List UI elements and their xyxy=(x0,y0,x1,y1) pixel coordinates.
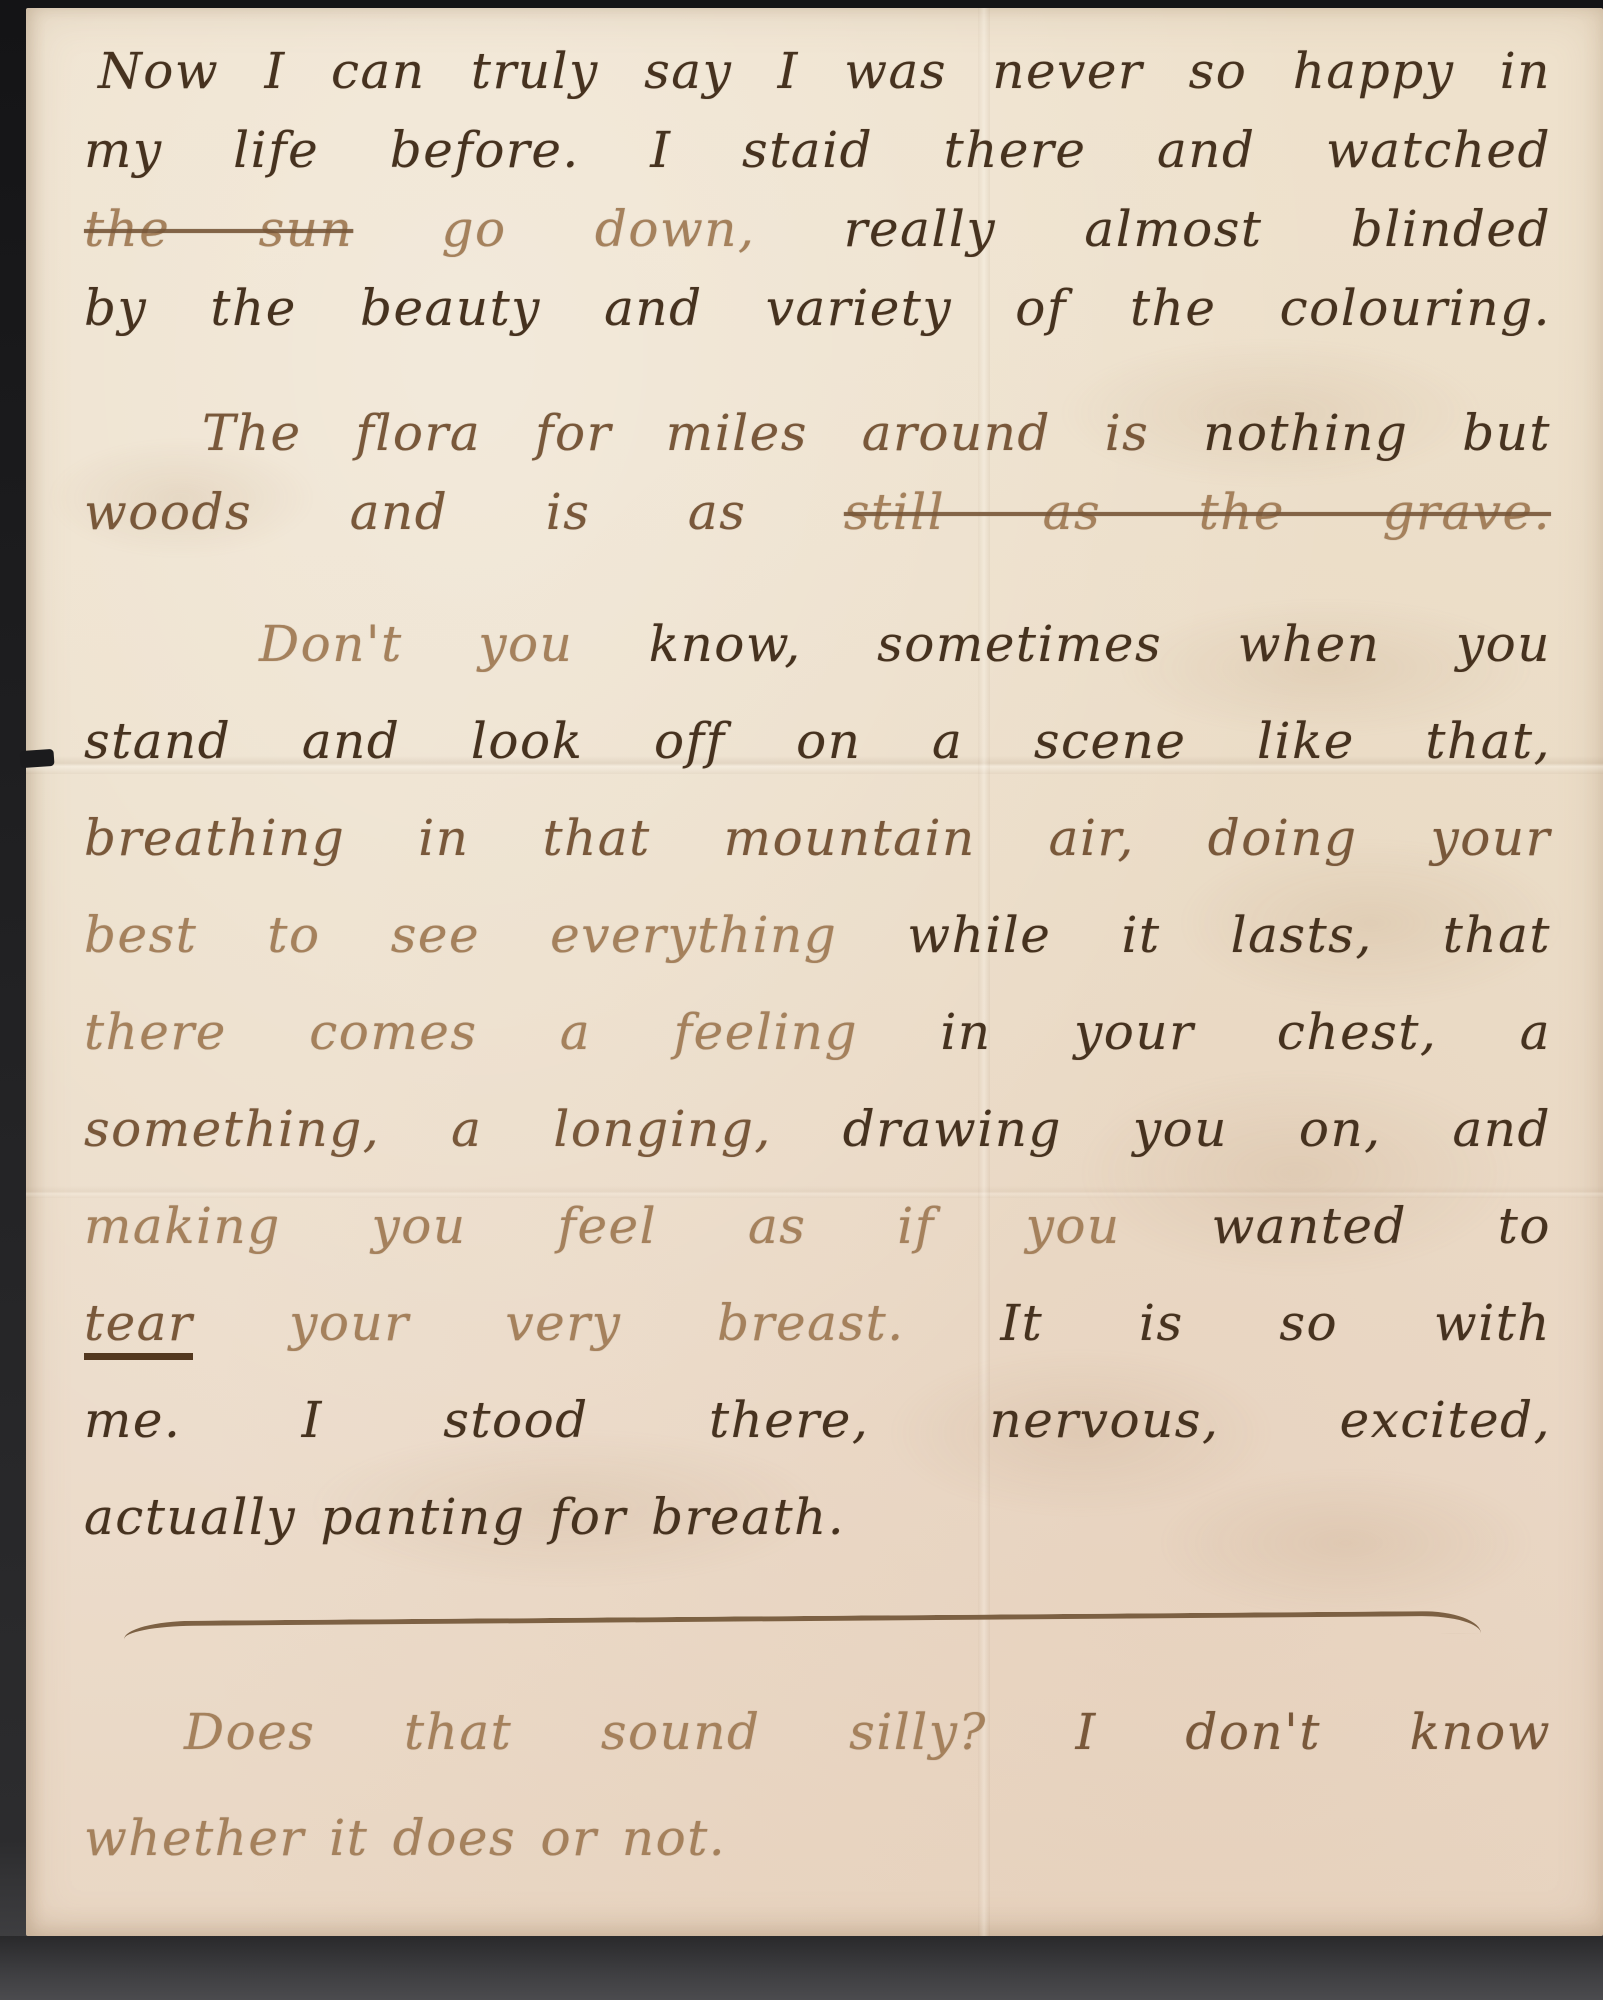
letter-text-segment: wanted to xyxy=(1211,1197,1551,1255)
letter-text-segment: best to see everything xyxy=(84,906,907,964)
letter-text-segment: the sun xyxy=(84,200,353,258)
letter-line: something, a longing, drawing you on, an… xyxy=(84,1081,1551,1178)
letter-text-segment: in your chest, a xyxy=(940,1003,1551,1061)
letter-text-segment: go down, xyxy=(353,200,843,258)
letter-text-segment: there comes a feeling xyxy=(84,1003,940,1061)
hand-drawn-divider xyxy=(124,1611,1481,1645)
letter-paragraph: Now I can truly say I was never so happy… xyxy=(84,32,1551,348)
letter-line: the sun go down, really almost blinded xyxy=(84,190,1551,269)
letter-line: actually panting for breath. xyxy=(84,1469,1551,1566)
letter-text-segment: Don't you xyxy=(259,615,649,673)
letter-text-segment: Now I can truly say I was never so happy… xyxy=(98,42,1551,100)
letter-text-segment: really almost blinded xyxy=(844,200,1551,258)
letter-text-segment: me. I stood there, nervous, excited, xyxy=(84,1391,1551,1449)
letter-paragraph: Does that sound silly? I don't knowwheth… xyxy=(84,1679,1551,1891)
letter-paragraph: Don't you know, sometimes when youstand … xyxy=(84,596,1551,1566)
letter-text-segment: while it lasts, that xyxy=(907,906,1551,964)
letter-line: best to see everything while it lasts, t… xyxy=(84,887,1551,984)
letter-line: breathing in that mountain air, doing yo… xyxy=(84,790,1551,887)
letter-line: there comes a feeling in your chest, a xyxy=(84,984,1551,1081)
letter-line: whether it does or not. xyxy=(84,1785,1551,1891)
letter-text-segment: Does that sound silly? xyxy=(184,1703,1075,1761)
letter-text-segment: woods and is as xyxy=(84,483,844,541)
letter-text-segment: your very breast. xyxy=(193,1294,1000,1352)
letter-text-segment: nothing but xyxy=(1203,404,1551,462)
letter-line: Does that sound silly? I don't know xyxy=(84,1679,1551,1785)
letter-line: Now I can truly say I was never so happy… xyxy=(84,32,1551,111)
letter-line: me. I stood there, nervous, excited, xyxy=(84,1372,1551,1469)
letter-body: Now I can truly say I was never so happy… xyxy=(84,32,1551,1891)
letter-text-segment: by the beauty and variety of the colouri… xyxy=(84,279,1551,337)
letter-text-segment: something, a longing, xyxy=(84,1100,843,1158)
letter-page: Now I can truly say I was never so happy… xyxy=(26,8,1603,1936)
letter-line: by the beauty and variety of the colouri… xyxy=(84,269,1551,348)
letter-line: making you feel as if you wanted to xyxy=(84,1178,1551,1275)
letter-text-segment: It is so with xyxy=(1000,1294,1551,1352)
table-surface xyxy=(0,1936,1603,2000)
letter-line: stand and look off on a scene like that, xyxy=(84,693,1551,790)
letter-line: Don't you know, sometimes when you xyxy=(84,596,1551,693)
letter-text-segment: stand and look off on a scene like that, xyxy=(84,712,1551,770)
letter-line: The flora for miles around is nothing bu… xyxy=(84,394,1551,473)
letter-text-segment: my life before. I staid there and watche… xyxy=(84,121,1551,179)
letter-text-segment: whether it does or not. xyxy=(84,1809,726,1867)
letter-text-segment: making you feel as if you xyxy=(84,1197,1211,1255)
letter-text-segment: know, sometimes when you xyxy=(649,615,1551,673)
fold-notch xyxy=(19,749,54,768)
letter-text-segment: tear xyxy=(84,1294,193,1360)
letter-paragraph: The flora for miles around is nothing bu… xyxy=(84,394,1551,552)
letter-text-segment: drawing you on, and xyxy=(843,1100,1551,1158)
letter-line: tear your very breast. It is so with xyxy=(84,1275,1551,1372)
photo-background: Now I can truly say I was never so happy… xyxy=(0,0,1603,2000)
letter-line: woods and is as still as the grave. xyxy=(84,473,1551,552)
letter-text-segment: The flora for miles around is xyxy=(202,404,1203,462)
letter-text-segment: actually panting for breath. xyxy=(84,1488,845,1546)
letter-text-segment: I don't know xyxy=(1075,1703,1551,1761)
letter-line: my life before. I staid there and watche… xyxy=(84,111,1551,190)
letter-text-segment: breathing in that mountain air, doing yo… xyxy=(84,809,1551,867)
letter-text-segment: still as the grave. xyxy=(844,483,1551,541)
